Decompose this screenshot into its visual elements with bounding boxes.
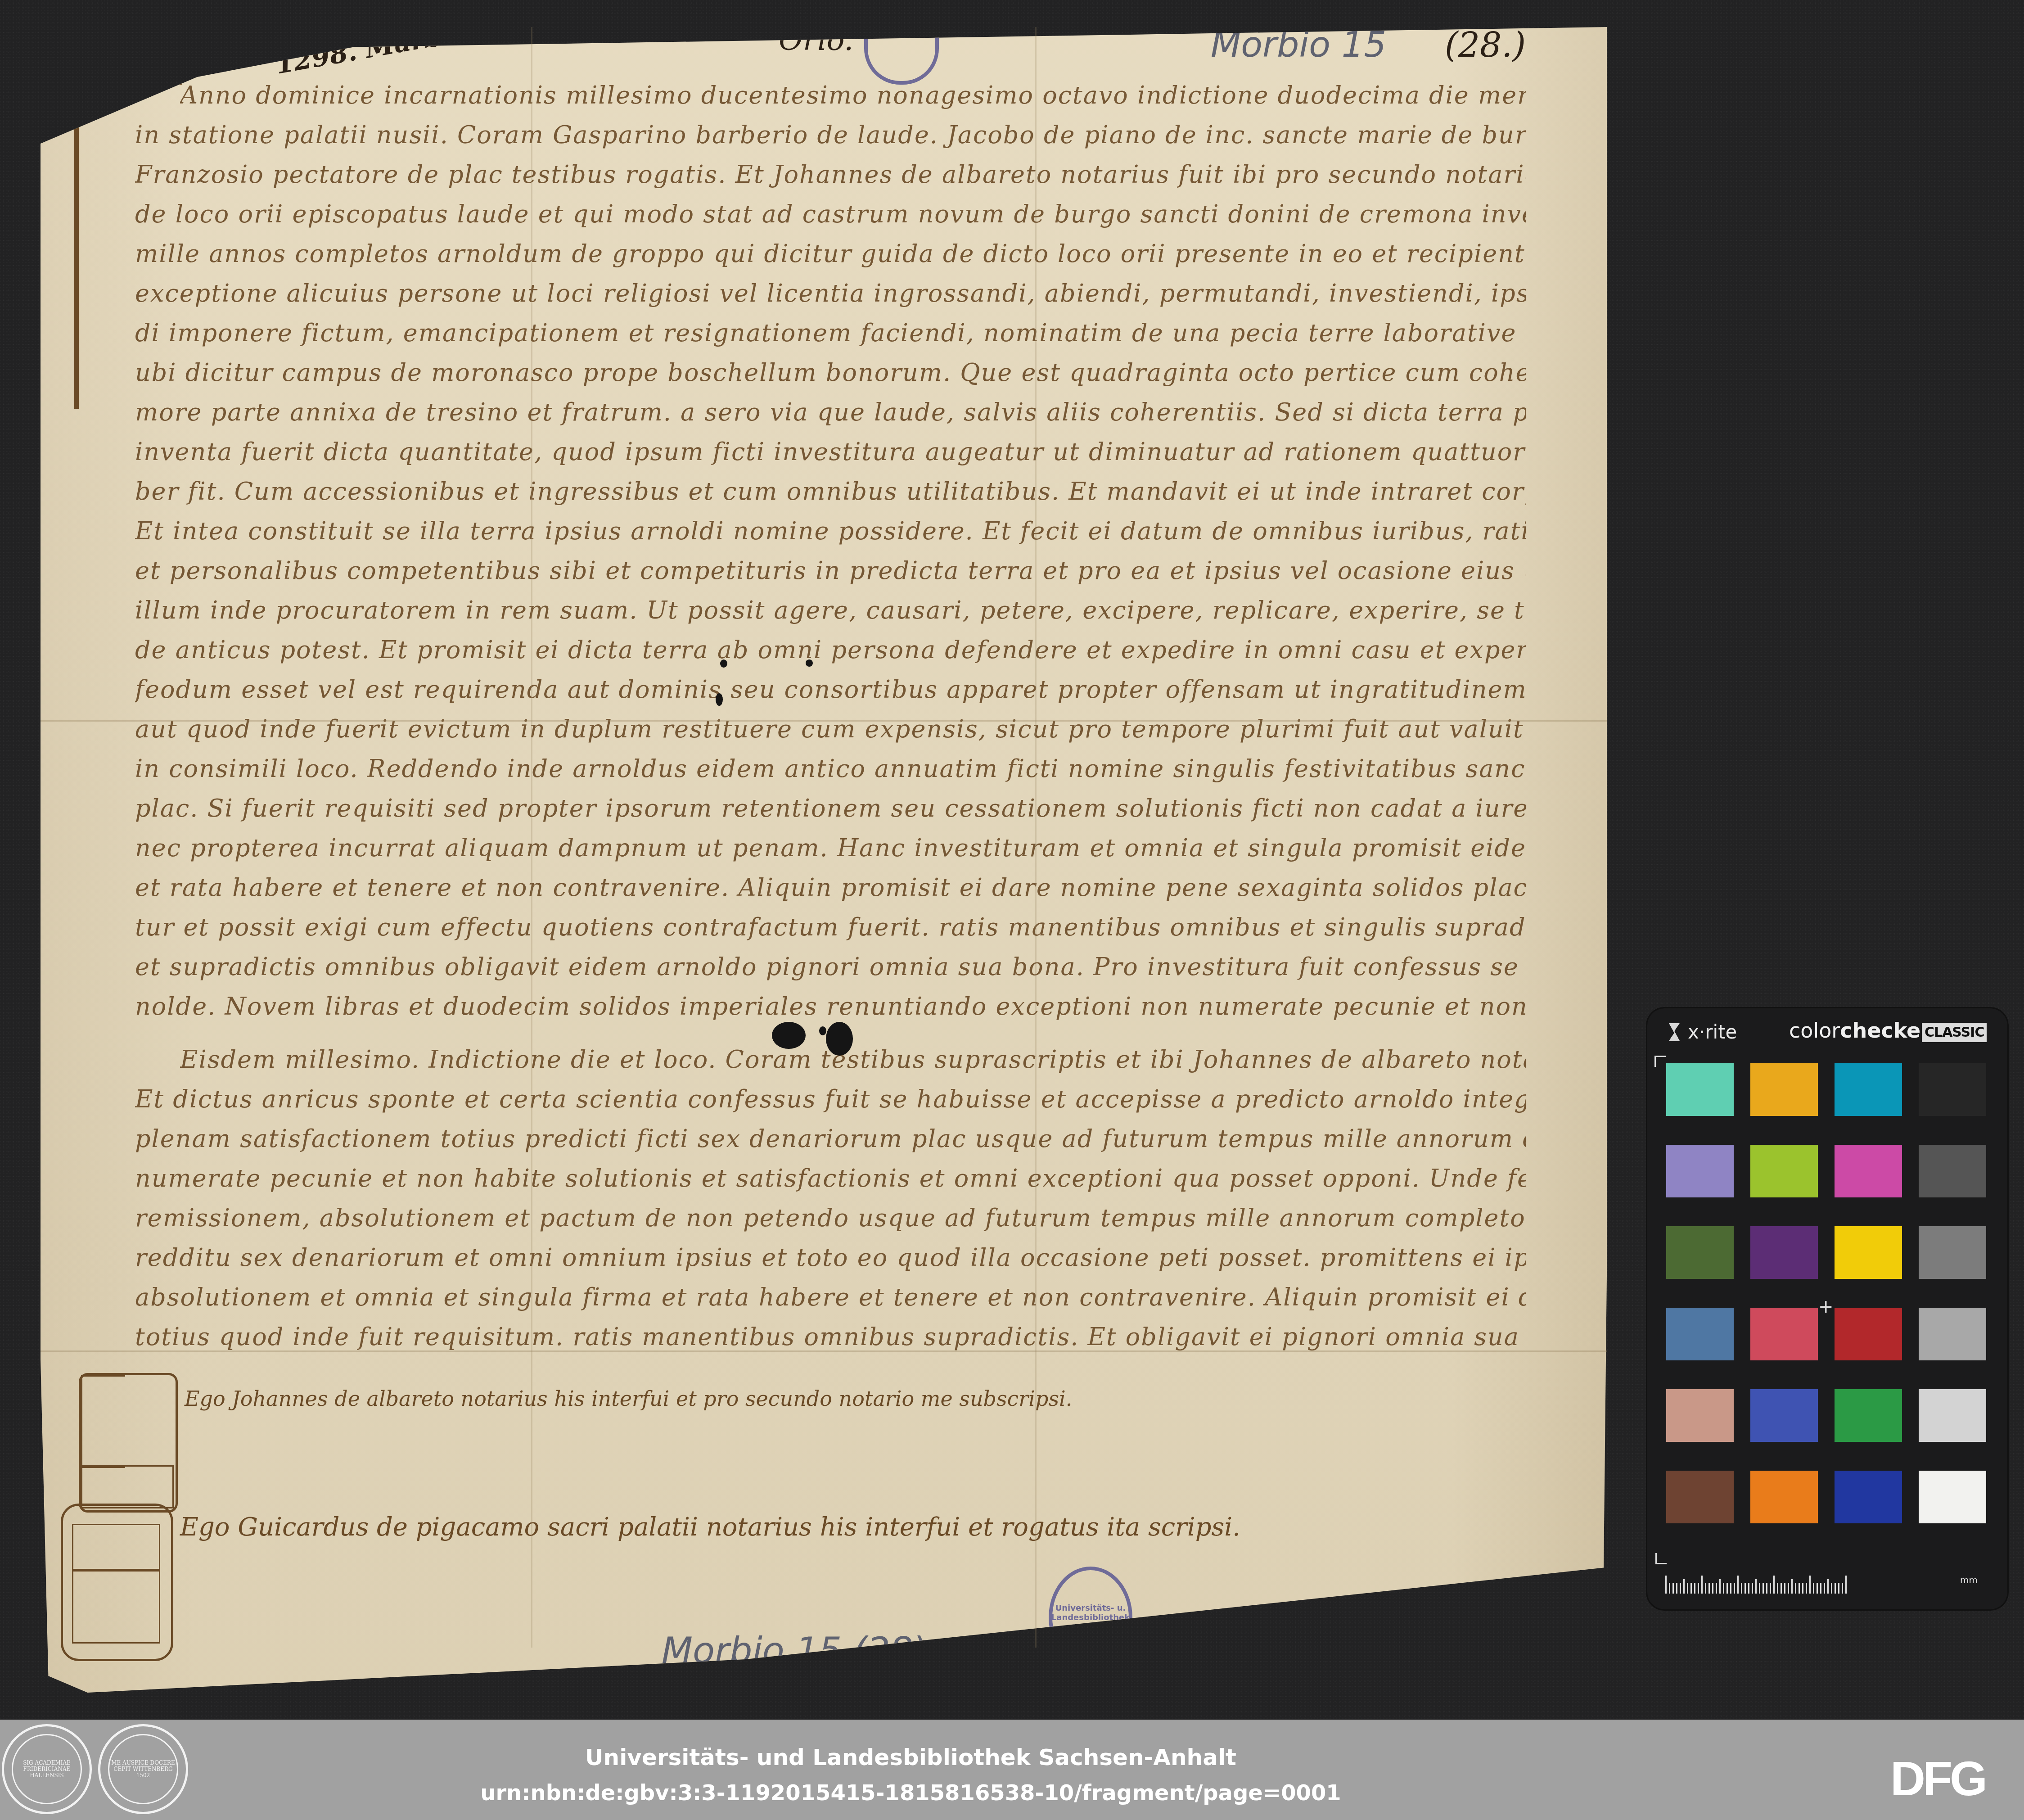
ruler-tick [1766, 1583, 1767, 1594]
classic-badge: CLASSIC [1922, 1023, 1987, 1042]
ruler-tick [1683, 1579, 1685, 1594]
color-patch [1835, 1471, 1902, 1523]
ruler-tick [1784, 1583, 1785, 1594]
parchment-hole [716, 693, 723, 706]
ruler-tick [1763, 1583, 1764, 1594]
ruler-tick [1795, 1583, 1796, 1594]
ruler-tick [1809, 1576, 1811, 1594]
mm-ruler [1665, 1576, 1980, 1594]
color-patch [1835, 1308, 1902, 1360]
ruler-tick [1698, 1583, 1699, 1594]
xrite-logo: x·rite [1665, 1021, 1737, 1043]
ruler-tick [1831, 1583, 1832, 1594]
ruler-tick [1737, 1576, 1739, 1594]
dfg-logo: DFG [1890, 1750, 1985, 1806]
color-patch [1919, 1389, 1986, 1442]
ruler-tick [1806, 1583, 1807, 1594]
color-patch [1666, 1389, 1734, 1442]
color-patch [1750, 1471, 1818, 1523]
fold-line [41, 720, 1607, 722]
parchment-hole [826, 1022, 853, 1056]
ruler-tick [1770, 1583, 1771, 1594]
ruler-tick [1773, 1576, 1775, 1594]
ruler-tick [1817, 1583, 1818, 1594]
ruler-tick [1690, 1583, 1692, 1594]
colorchecker-title: colorchecker [1789, 1018, 1931, 1043]
notarial-signum-albareto [79, 1373, 178, 1513]
color-patch [1750, 1389, 1818, 1442]
ruler-tick [1845, 1576, 1847, 1594]
parchment-hole [772, 1022, 806, 1049]
color-patch [1919, 1471, 1986, 1523]
ruler-tick [1748, 1583, 1749, 1594]
parchment-charter: Anno dominice incarnationis millesimo du… [41, 27, 1607, 1693]
ruler-tick [1734, 1583, 1735, 1594]
color-patch [1666, 1308, 1734, 1360]
shelfmark-top-number: (28.) [1445, 25, 1526, 65]
ruler-tick [1741, 1583, 1742, 1594]
color-patch [1750, 1308, 1818, 1360]
ruler-tick [1802, 1583, 1803, 1594]
color-patch [1835, 1063, 1902, 1116]
ruler-tick [1665, 1576, 1667, 1594]
urn-identifier[interactable]: urn:nbn:de:gbv:3:3-1192015415-1815816538… [0, 1780, 2024, 1806]
fold-line [41, 1350, 1607, 1352]
ruler-tick [1788, 1583, 1789, 1594]
ruler-tick [1719, 1579, 1721, 1594]
ruler-tick [1694, 1583, 1695, 1594]
ruler-tick [1680, 1583, 1681, 1594]
color-patch [1919, 1063, 1986, 1116]
xrite-mark-icon [1665, 1023, 1683, 1041]
ruler-tick [1716, 1583, 1717, 1594]
color-patch [1919, 1308, 1986, 1360]
ruler-tick [1777, 1583, 1778, 1594]
library-footer: SIG ACADEMIAE FRIDERICIANAE HALLENSIS ME… [0, 1720, 2024, 1820]
ruler-tick [1799, 1583, 1800, 1594]
color-patch [1666, 1063, 1734, 1116]
color-patch [1750, 1063, 1818, 1116]
decorated-initial [74, 81, 182, 409]
ruler-tick [1759, 1583, 1760, 1594]
color-patch [1750, 1226, 1818, 1279]
ruler-tick [1712, 1583, 1713, 1594]
subscription-pigacamo: Ego Guicardus de pigacamo sacri palatii … [180, 1513, 1240, 1542]
color-patch-grid [1666, 1063, 1986, 1523]
parchment-hole [819, 1026, 826, 1035]
ruler-tick [1705, 1583, 1706, 1594]
ruler-tick [1687, 1583, 1688, 1594]
ruler-tick [1752, 1583, 1753, 1594]
ruler-tick [1672, 1583, 1674, 1594]
ruler-tick [1820, 1583, 1821, 1594]
parchment-hole [720, 659, 727, 668]
corner-mark-icon [1654, 1056, 1666, 1067]
notarial-signum-pigacamo [61, 1504, 173, 1661]
ruler-unit: mm [1960, 1575, 1978, 1585]
color-patch [1750, 1145, 1818, 1197]
ruler-tick [1781, 1583, 1782, 1594]
color-patch [1666, 1471, 1734, 1523]
ruler-tick [1745, 1583, 1746, 1594]
crosshair-icon: + [1818, 1296, 1834, 1317]
institution-name: Universitäts- und Landesbibliothek Sachs… [0, 1744, 2024, 1770]
color-patch [1666, 1226, 1734, 1279]
ruler-tick [1669, 1583, 1670, 1594]
ruler-tick [1701, 1576, 1703, 1594]
color-patch [1919, 1226, 1986, 1279]
manuscript-line: totius quod inde fuit requisitum. ratis … [135, 1323, 1526, 1377]
ruler-tick [1838, 1583, 1839, 1594]
ruler-tick [1842, 1583, 1843, 1594]
ruler-tick [1676, 1583, 1677, 1594]
ruler-tick [1824, 1583, 1825, 1594]
color-patch [1835, 1226, 1902, 1279]
ruler-tick [1827, 1579, 1829, 1594]
ruler-tick [1708, 1583, 1710, 1594]
color-patch [1835, 1389, 1902, 1442]
ruler-tick [1723, 1583, 1724, 1594]
colorchecker-card: x·rite colorchecker CLASSIC + mm [1647, 1008, 2007, 1609]
fold-line-vertical [1035, 27, 1037, 1648]
color-patch [1919, 1145, 1986, 1197]
color-patch [1835, 1145, 1902, 1197]
parchment-hole [806, 659, 813, 667]
ruler-tick [1835, 1583, 1836, 1594]
corner-mark-icon [1655, 1553, 1667, 1564]
ruler-tick [1755, 1579, 1757, 1594]
ruler-tick [1791, 1579, 1793, 1594]
fold-line-vertical [531, 27, 532, 1648]
ruler-tick [1813, 1583, 1814, 1594]
ruler-tick [1726, 1583, 1728, 1594]
color-patch [1666, 1145, 1734, 1197]
subscription-albareto: Ego Johannes de albareto notarius his in… [185, 1386, 1072, 1411]
ruler-tick [1730, 1583, 1731, 1594]
